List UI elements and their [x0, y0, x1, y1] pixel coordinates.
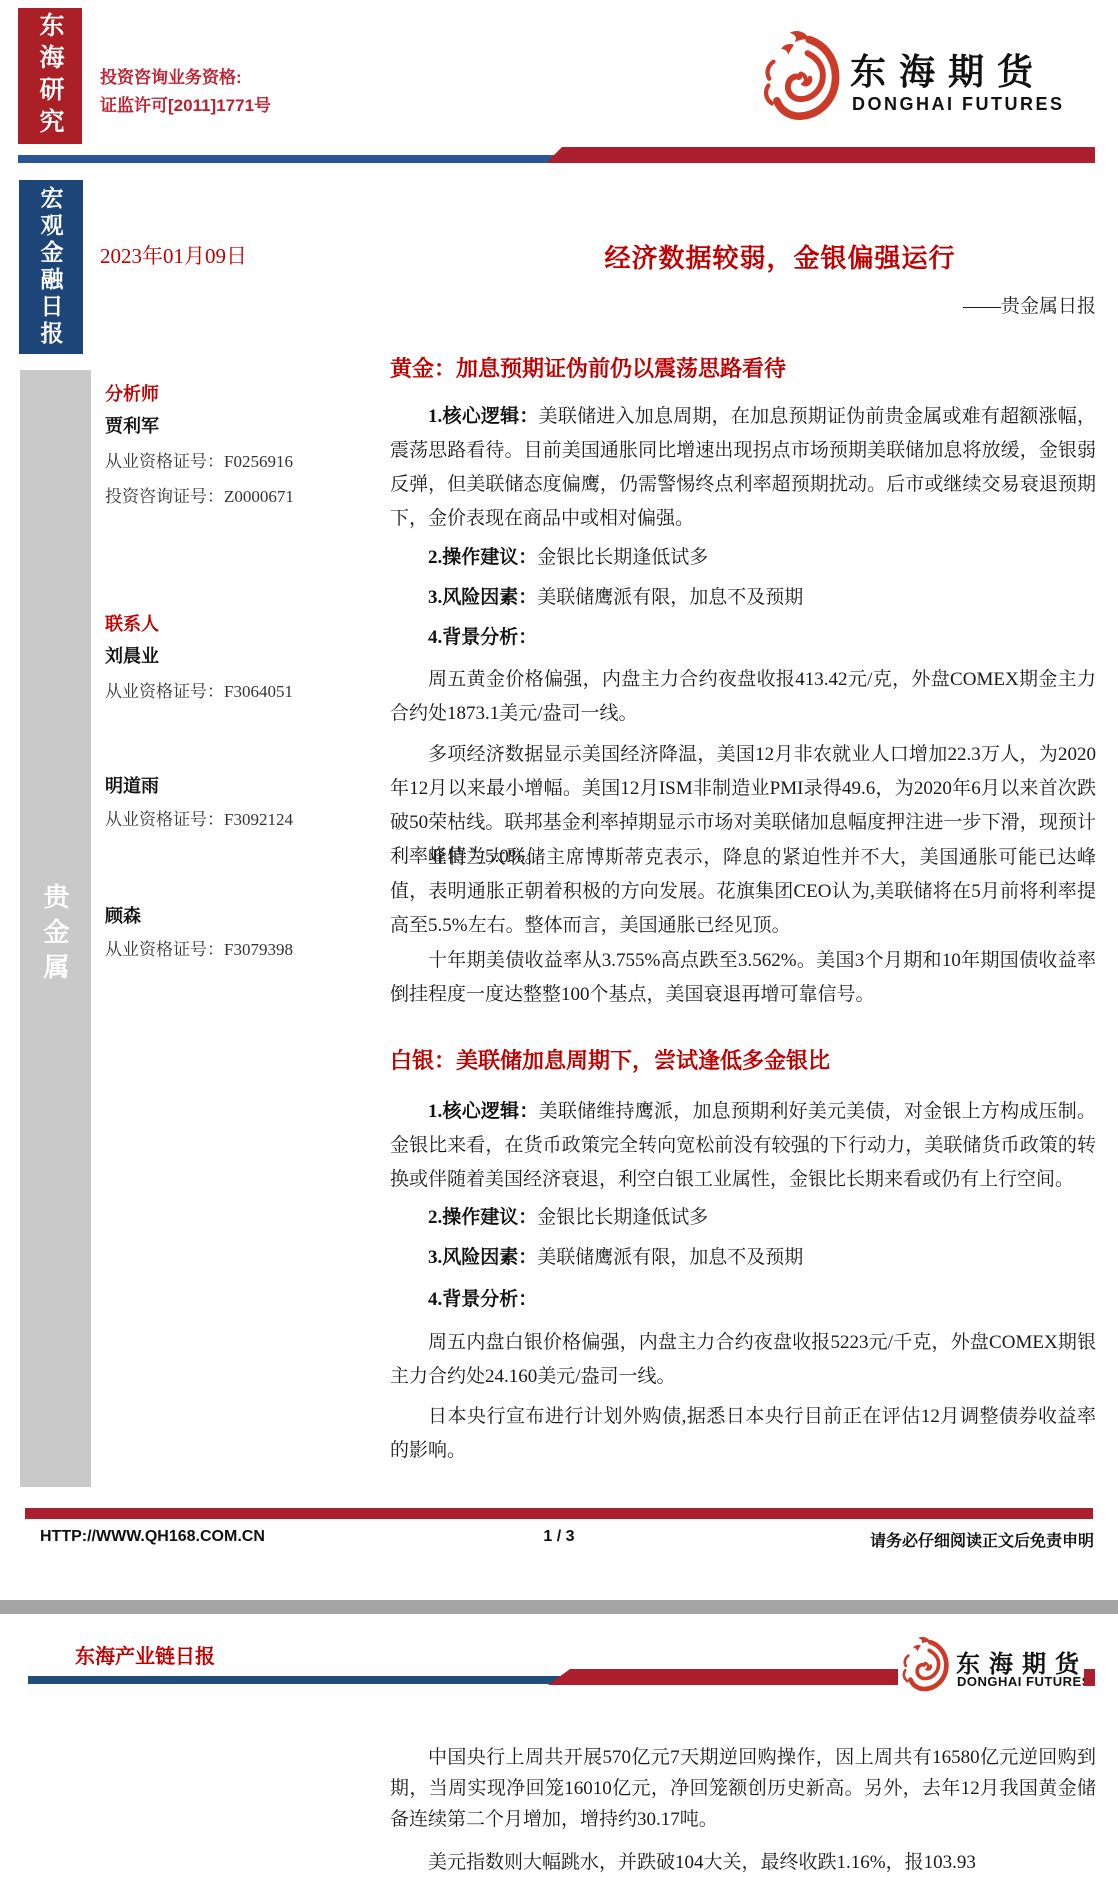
footer-divider-bar — [25, 1508, 1093, 1519]
header-divider-blue — [18, 155, 558, 163]
contact-cert-2: 从业资格证号：F3092124 — [105, 805, 293, 830]
qualification-text: 投资咨询业务资格: 证监许可[2011]1771号 — [100, 64, 271, 120]
gold-core-logic-label: 1.核心逻辑： — [428, 406, 539, 427]
gold-advice-label: 2.操作建议： — [428, 547, 537, 568]
report-subtitle: ——贵金属日报 — [796, 291, 1096, 318]
silver-risk: 3.风险因素：美联储鹰派有限，加息不及预期 — [390, 1241, 1096, 1275]
gold-section-heading: 黄金：加息预期证伪前仍以震荡思路看待 — [390, 352, 1096, 383]
page2-logo-en: DONGHAI FUTURES — [957, 1674, 1091, 1689]
header-divider-red — [546, 147, 1095, 163]
silver-core-logic-label: 1.核心逻辑： — [428, 1101, 539, 1122]
page2-divider-blue — [28, 1676, 560, 1684]
gold-risk: 3.风险因素：美联储鹰派有限，加息不及预期 — [390, 581, 1096, 615]
gold-advice: 2.操作建议：金银比长期逢低试多 — [390, 541, 1096, 575]
gold-risk-label: 3.风险因素： — [428, 587, 537, 608]
analyst-name: 贾利军 — [105, 412, 159, 438]
sidebar-report-type: 宏观金融日报 — [19, 180, 83, 354]
silver-background-2: 日本央行宣布进行计划外购债,据悉日本央行目前正在评估12月调整债券收益率的影响。 — [390, 1400, 1096, 1468]
page2-paragraph-2: 美元指数则大幅跳水，并跌破104大关，最终收跌1.16%，报103.93 — [390, 1847, 1096, 1878]
gold-advice-text: 金银比长期逢低试多 — [537, 547, 708, 568]
silver-risk-label: 3.风险因素： — [428, 1247, 537, 1268]
page-separator-band — [0, 1600, 1118, 1614]
page2-logo-red-square — [1084, 1669, 1095, 1686]
sidebar-report-type-label: 宏观金融日报 — [35, 186, 68, 348]
silver-background-1: 周五内盘白银价格偏强，内盘主力合约夜盘收报5223元/千克，外盘COMEX期银主… — [390, 1326, 1096, 1394]
gold-risk-text: 美联储鹰派有限，加息不及预期 — [537, 587, 803, 608]
silver-background-label: 4.背景分析： — [390, 1283, 1096, 1317]
contact-name-1: 刘晨业 — [105, 642, 159, 668]
dragon-icon — [756, 26, 842, 128]
contact-cert-1: 从业资格证号：F3064051 — [105, 677, 293, 702]
analyst-cert-2: 投资咨询证号：Z0000671 — [105, 482, 294, 507]
page2-divider-red — [548, 1669, 898, 1685]
silver-risk-text: 美联储鹰派有限，加息不及预期 — [537, 1247, 803, 1268]
gold-background-1: 周五黄金价格偏强，内盘主力合约夜盘收报413.42元/克，外盘COMEX期金主力… — [390, 663, 1096, 731]
dragon-icon-small — [898, 1632, 950, 1698]
company-logo-cn: 东海期货 — [850, 44, 1046, 95]
silver-advice: 2.操作建议：金银比长期逢低试多 — [390, 1201, 1096, 1235]
gold-background-3: 亚特兰大联储主席博斯蒂克表示，降息的紧迫性并不大，美国通胀可能已达峰值，表明通胀… — [390, 841, 1096, 943]
analyst-role-label: 分析师 — [105, 380, 159, 406]
silver-core-logic: 1.核心逻辑：美联储维持鹰派，加息预期利好美元美债，对金银上方构成压制。金银比来… — [390, 1095, 1096, 1197]
silver-advice-label: 2.操作建议： — [428, 1207, 537, 1228]
research-brand-box: 东海研究 — [18, 8, 82, 144]
silver-advice-text: 金银比长期逢低试多 — [537, 1207, 708, 1228]
company-logo-en: DONGHAI FUTURES — [852, 94, 1065, 115]
gold-core-logic: 1.核心逻辑：美联储进入加息周期，在加息预期证伪前贵金属或难有超额涨幅，震荡思路… — [390, 400, 1096, 536]
contact-name-3: 顾森 — [105, 902, 141, 928]
page2-header-title: 东海产业链日报 — [75, 1640, 215, 1669]
contact-name-2: 明道雨 — [105, 772, 159, 798]
analyst-cert-1: 从业资格证号：F0256916 — [105, 447, 293, 472]
gold-background-4: 十年期美债收益率从3.755%高点跌至3.562%。美国3个月期和10年期国债收… — [390, 944, 1096, 1012]
gold-background-label: 4.背景分析： — [390, 621, 1096, 655]
silver-section-heading: 白银：美联储加息周期下，尝试逢低多金银比 — [390, 1044, 1096, 1075]
research-brand-label: 东海研究 — [32, 12, 68, 140]
report-page: 东海研究 投资咨询业务资格: 证监许可[2011]1771号 东海期货 DONG… — [0, 0, 1118, 1898]
sidebar-category-label: 贵金属 — [37, 370, 74, 1487]
contact-role-label: 联系人 — [105, 610, 159, 636]
report-title: 经济数据较弱，金银偏强运行 — [500, 238, 1060, 275]
footer-disclaimer: 请务必仔细阅读正文后免责申明 — [870, 1528, 1094, 1551]
page2-paragraph-1: 中国央行上周共开展570亿元7天期逆回购操作，因上周共有16580亿元逆回购到期… — [390, 1742, 1096, 1835]
sidebar-category: 贵金属 — [20, 370, 91, 1487]
qualification-line1: 投资咨询业务资格: — [100, 64, 271, 92]
qualification-line2: 证监许可[2011]1771号 — [100, 92, 271, 120]
contact-cert-3: 从业资格证号：F3079398 — [105, 935, 293, 960]
report-date: 2023年01月09日 — [100, 240, 247, 270]
